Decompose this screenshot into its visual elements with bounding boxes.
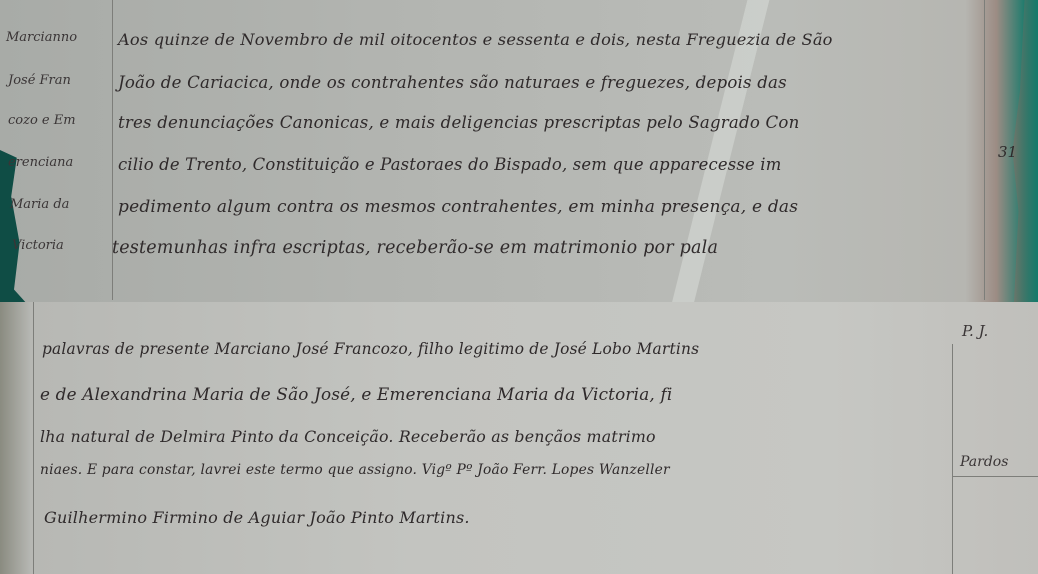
lower-page-scan: palavras de presente Marciano José Franc… (0, 302, 1038, 574)
text-line: pedimento algum contra os mesmos contrah… (118, 197, 798, 217)
torn-edge-left (0, 150, 28, 305)
page-number: 31 (998, 143, 1017, 161)
margin-note: erenciana (8, 155, 73, 170)
right-margin-rule (984, 0, 985, 300)
text-line: e de Alexandrina Maria de São José, e Em… (40, 384, 672, 404)
signatures-line: Guilhermino Firmino de Aguiar João Pinto… (44, 508, 470, 527)
margin-rule (33, 302, 34, 574)
margin-note: Maria da (10, 197, 69, 212)
text-line: testemunhas infra escriptas, receberão-s… (112, 238, 718, 258)
upper-page-scan: Marcianno José Fran cozo e Em erenciana … (0, 0, 1038, 302)
text-line: tres denunciações Canonicas, e mais deli… (118, 113, 800, 132)
text-line: lha natural de Delmira Pinto da Conceiçã… (40, 427, 656, 446)
text-line: cilio de Trento, Constituição e Pastorae… (118, 155, 781, 174)
margin-note: P. J. (962, 322, 988, 340)
text-line: palavras de presente Marciano José Franc… (42, 340, 699, 358)
margin-note: Victoria (12, 238, 64, 253)
text-line: João de Cariacica, onde os contrahentes … (118, 73, 787, 92)
margin-note: Marcianno (6, 30, 77, 45)
margin-note: cozo e Em (8, 113, 76, 128)
text-line: niaes. E para constar, lavrei este termo… (40, 462, 670, 478)
text-line: Aos quinze de Novembro de mil oitocentos… (118, 30, 833, 49)
margin-note: José Fran (8, 73, 71, 88)
margin-underline (952, 476, 1038, 477)
margin-note-pardos: Pardos (960, 454, 1008, 470)
right-margin-rule (952, 344, 953, 574)
